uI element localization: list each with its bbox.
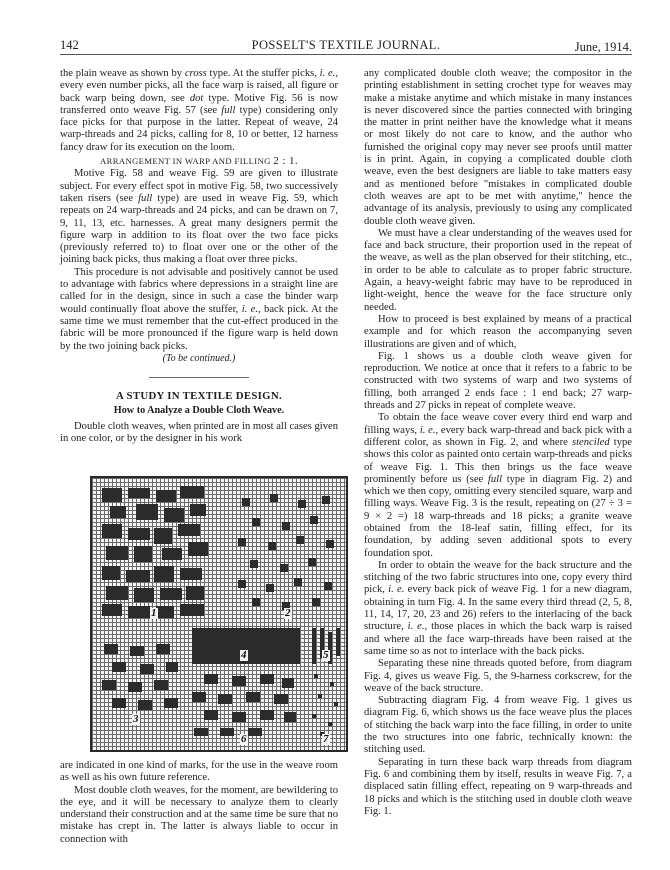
- paragraph: Double cloth weaves, when printed are in…: [60, 421, 338, 446]
- left-column-continued: are indicated in one kind of marks, for …: [60, 760, 338, 846]
- paragraph: Most double cloth weaves, for the moment…: [60, 785, 338, 846]
- figure-label-6: 6: [240, 734, 248, 745]
- paragraph: any complicated double cloth weave; the …: [364, 68, 632, 228]
- page-header: 142 POSSELT'S TEXTILE JOURNAL. June, 191…: [60, 36, 632, 55]
- article-subtitle: How to Analyze a Double Cloth Weave.: [60, 405, 338, 417]
- continued-note: (To be continued.): [60, 353, 338, 365]
- weave-diagram-figure: 1 2 3 4 5 6 7: [90, 476, 348, 752]
- paragraph: To obtain the face weave cover every thi…: [364, 412, 632, 560]
- left-column: the plain weave as shown by cross type. …: [60, 68, 338, 445]
- figure-label-7: 7: [322, 734, 330, 745]
- weave-pattern-art: [92, 478, 346, 750]
- figure-label-4: 4: [240, 650, 248, 661]
- figure-label-3: 3: [132, 714, 140, 725]
- paragraph: Fig. 1 shows us a double cloth weave giv…: [364, 351, 632, 412]
- figure-label-1: 1: [150, 608, 158, 619]
- figure-label-2: 2: [284, 608, 292, 619]
- article-title: A STUDY IN TEXTILE DESIGN.: [60, 390, 338, 402]
- section-subheading: ARRANGEMENT IN WARP AND FILLING 2 : 1.: [60, 155, 338, 167]
- paragraph: This procedure is not advisable and posi…: [60, 267, 338, 353]
- divider: [149, 377, 249, 378]
- journal-title: POSSELT'S TEXTILE JOURNAL.: [60, 38, 632, 53]
- figure-label-5: 5: [322, 650, 330, 661]
- right-column: any complicated double cloth weave; the …: [364, 68, 632, 818]
- paragraph: are indicated in one kind of marks, for …: [60, 760, 338, 785]
- paragraph: How to proceed is best explained by mean…: [364, 314, 632, 351]
- paragraph: Separating in turn these back warp threa…: [364, 757, 632, 818]
- paragraph: In order to obtain the weave for the bac…: [364, 560, 632, 658]
- paragraph: We must have a clear understanding of th…: [364, 228, 632, 314]
- paragraph: Subtracting diagram Fig. 4 from weave Fi…: [364, 695, 632, 756]
- paragraph: Separating these nine threads quoted bef…: [364, 658, 632, 695]
- paragraph: the plain weave as shown by cross type. …: [60, 68, 338, 154]
- paragraph: Motive Fig. 58 and weave Fig. 59 are giv…: [60, 168, 338, 266]
- issue-date: June, 1914.: [575, 40, 632, 55]
